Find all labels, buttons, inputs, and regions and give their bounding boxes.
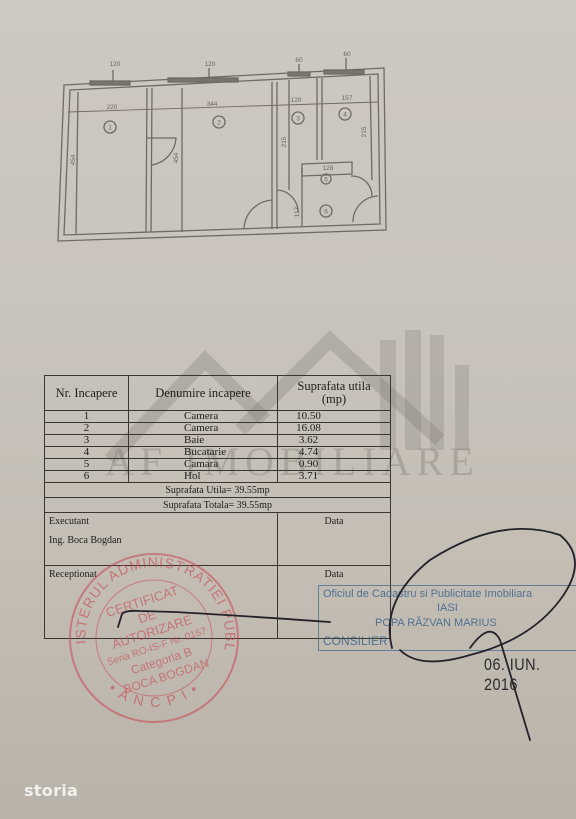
- document-page: 1 2 3 4 5 6 220 344 120 157 128 120 120 …: [0, 0, 576, 819]
- header-area: Suprafata utila(mp): [278, 376, 391, 411]
- total-useful-row: Suprafata Utila= 39.55mp: [45, 483, 391, 498]
- dim-label: 454: [173, 152, 180, 163]
- room-number: 1: [108, 125, 112, 132]
- dim-label: 120: [291, 97, 302, 104]
- header-nr: Nr. Incapere: [45, 376, 129, 411]
- row-nr: 2: [45, 423, 129, 435]
- row-area: 16.08: [278, 423, 391, 435]
- row-name: Camara: [129, 459, 278, 471]
- dim-label: 117: [294, 206, 301, 217]
- executant-name: Ing. Boca Bogdan: [49, 535, 273, 546]
- room-number: 5: [324, 177, 328, 184]
- dim-label: 157: [342, 95, 353, 102]
- row-nr: 4: [45, 447, 129, 459]
- dim-label: 60: [295, 57, 303, 64]
- table-row: 4 Bucatarie 4.74: [45, 447, 391, 459]
- row-area: 3.71: [278, 471, 391, 483]
- total-overall-area: Suprafata Totala= 39.55mp: [45, 498, 391, 513]
- row-name: Camera: [129, 411, 278, 423]
- row-nr: 1: [45, 411, 129, 423]
- room-number: 6: [324, 209, 328, 216]
- row-nr: 3: [45, 435, 129, 447]
- table-row: 5 Camara 0.90: [45, 459, 391, 471]
- row-area: 10.50: [278, 411, 391, 423]
- floor-plan-drawing: 1 2 3 4 5 6 220 344 120 157 128 120 120 …: [0, 0, 576, 260]
- total-overall-row: Suprafata Totala= 39.55mp: [45, 498, 391, 513]
- table-row: 3 Baie 3.62: [45, 435, 391, 447]
- room-number: 2: [217, 120, 221, 127]
- stamp-office-name: Oficiul de Cadastru si Publicitate Imobi…: [323, 588, 532, 600]
- stamp-person: POPA RĂZVAN MARIUS: [375, 617, 497, 629]
- row-name: Baie: [129, 435, 278, 447]
- dim-label: 120: [110, 61, 121, 68]
- dim-label: 344: [207, 101, 218, 108]
- row-area: 3.62: [278, 435, 391, 447]
- table-row: 2 Camera 16.08: [45, 423, 391, 435]
- total-useful-area: Suprafata Utila= 39.55mp: [45, 483, 391, 498]
- floor-plan: 1 2 3 4 5 6 220 344 120 157 128 120 120 …: [0, 0, 576, 260]
- date-stamp: 06. IUN. 2016: [484, 655, 562, 695]
- red-authorization-stamp: MINISTERUL ADMINISTRATIEI PUBLICE • A N …: [64, 546, 244, 726]
- stamp-role: CONSILIER: [323, 634, 388, 648]
- cadastre-office-stamp: Oficiul de Cadastru si Publicitate Imobi…: [318, 585, 576, 651]
- table-row: 6 Hol 3.71: [45, 471, 391, 483]
- row-nr: 5: [45, 459, 129, 471]
- dim-label: 215: [281, 136, 288, 147]
- table-header-row: Nr. Incapere Denumire incapere Suprafata…: [45, 376, 391, 411]
- row-name: Bucatarie: [129, 447, 278, 459]
- executant-label: Executant: [49, 516, 89, 527]
- stamp-city: IASI: [437, 602, 458, 614]
- row-area: 4.74: [278, 447, 391, 459]
- dim-label: 220: [107, 104, 118, 111]
- row-area: 0.90: [278, 459, 391, 471]
- storia-logo: storia: [24, 781, 78, 800]
- dim-label: 215: [361, 126, 368, 137]
- dim-label: 120: [205, 61, 216, 68]
- dim-label: 128: [323, 165, 334, 172]
- executant-date-label: Data: [278, 513, 391, 566]
- room-number: 4: [343, 112, 347, 119]
- table-row: 1 Camera 10.50: [45, 411, 391, 423]
- row-name: Camera: [129, 423, 278, 435]
- room-number: 3: [296, 116, 300, 123]
- dim-label: 60: [343, 51, 351, 58]
- dim-label: 454: [70, 154, 77, 165]
- row-nr: 6: [45, 471, 129, 483]
- row-name: Hol: [129, 471, 278, 483]
- header-name: Denumire incapere: [129, 376, 278, 411]
